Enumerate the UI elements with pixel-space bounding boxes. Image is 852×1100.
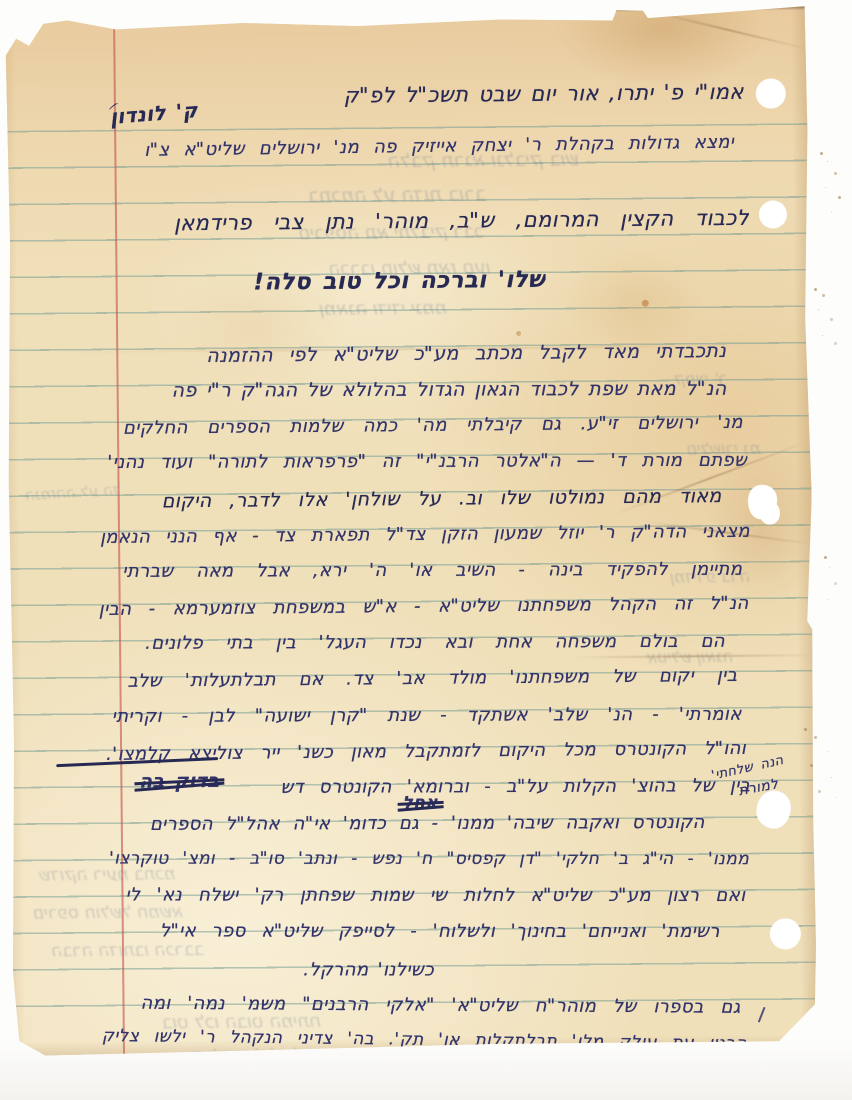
handwriting-line: כשילנו' מהרקל. bbox=[303, 958, 434, 984]
punch-hole bbox=[770, 918, 801, 949]
handwriting-salutation: שלו' וברכה וכל טוב סלה! bbox=[253, 266, 545, 302]
handwriting-line: שפתם מורת ד' — ה"אלטר הרבנ"י" זה "פרפראו… bbox=[107, 449, 747, 477]
handwriting-line: ממנו' - הי"ג ב' חלקי' "דן קפסיס" ח' נפש … bbox=[109, 848, 749, 873]
handwriting-line: ואם רצון מע"כ שליט"א לחלות שי שמות שפחתן… bbox=[126, 884, 746, 911]
stain bbox=[516, 331, 521, 336]
ghost-bleedthrough-line: בתכמה לע הדות בורב bbox=[309, 180, 779, 207]
scanned-letter-image: הלבק תרגא ונלביק בוש בתכמה לע הדות בורב … bbox=[0, 0, 852, 1100]
edge-stain bbox=[820, 152, 823, 155]
handwriting-line: הם בולם משפחה אחת ובא נכדו העגל' בין בתי… bbox=[145, 630, 725, 658]
handwriting-line: מתיימן להפקיד בינה - השיב או' ה' ירא, אב… bbox=[122, 558, 742, 586]
handwriting-city-note: ק' לונדון bbox=[109, 97, 199, 133]
handwriting-addressee-line: לכבוד הקצין המרומם, ש"ב, מוהר' נתן צבי פ… bbox=[174, 205, 749, 241]
handwriting-line: מאוד מהם נמולטו שלו וב. על שולחן' אלו לד… bbox=[162, 484, 722, 517]
handwriting-line: רשימת' ואנייחם' בחינוך' ולשלוח' - לסייפק… bbox=[160, 919, 720, 946]
handwriting-line: הנ"ל מאת שפת לכבוד הגאון הגדול בהלולא של… bbox=[172, 377, 727, 406]
handwriting-line: גם בספרו של מוהר"ח שליט"א' "אלקי הרבנים"… bbox=[140, 992, 740, 1022]
handwriting-line: אומרתי' - הנ' שלב' אשתקד - שנת "קרן ישוע… bbox=[112, 703, 742, 731]
crease bbox=[645, 9, 811, 50]
punch-hole bbox=[756, 78, 786, 108]
edge-stain bbox=[804, 728, 807, 731]
handwriting-line: נתכבדתי מאד לקבל מכתב מע"כ שליט"א לפי הה… bbox=[206, 339, 726, 372]
handwriting-date-line: אמו"י פ' יתרו, אור יום שבט תשכ"ל לפ"ק bbox=[344, 79, 744, 113]
edge-stain bbox=[814, 288, 817, 291]
handwriting-line: הבניו עת עולק מלו' תבלתקלות או' תק'. בה'… bbox=[102, 1025, 747, 1058]
letter-page: הלבק תרגא ונלביק בוש בתכמה לע הדות בורב … bbox=[3, 6, 817, 1056]
punch-hole bbox=[759, 200, 787, 228]
handwriting-line: הקונטרס ואקבה שיבה' ממנו' - גם כדומ' אי"… bbox=[150, 811, 705, 839]
torn-hole bbox=[760, 502, 780, 524]
edge-stain bbox=[824, 556, 827, 559]
handwriting-line: בין של בהוצ' הקלות על"ב - וברומא' הקונטר… bbox=[280, 774, 750, 802]
